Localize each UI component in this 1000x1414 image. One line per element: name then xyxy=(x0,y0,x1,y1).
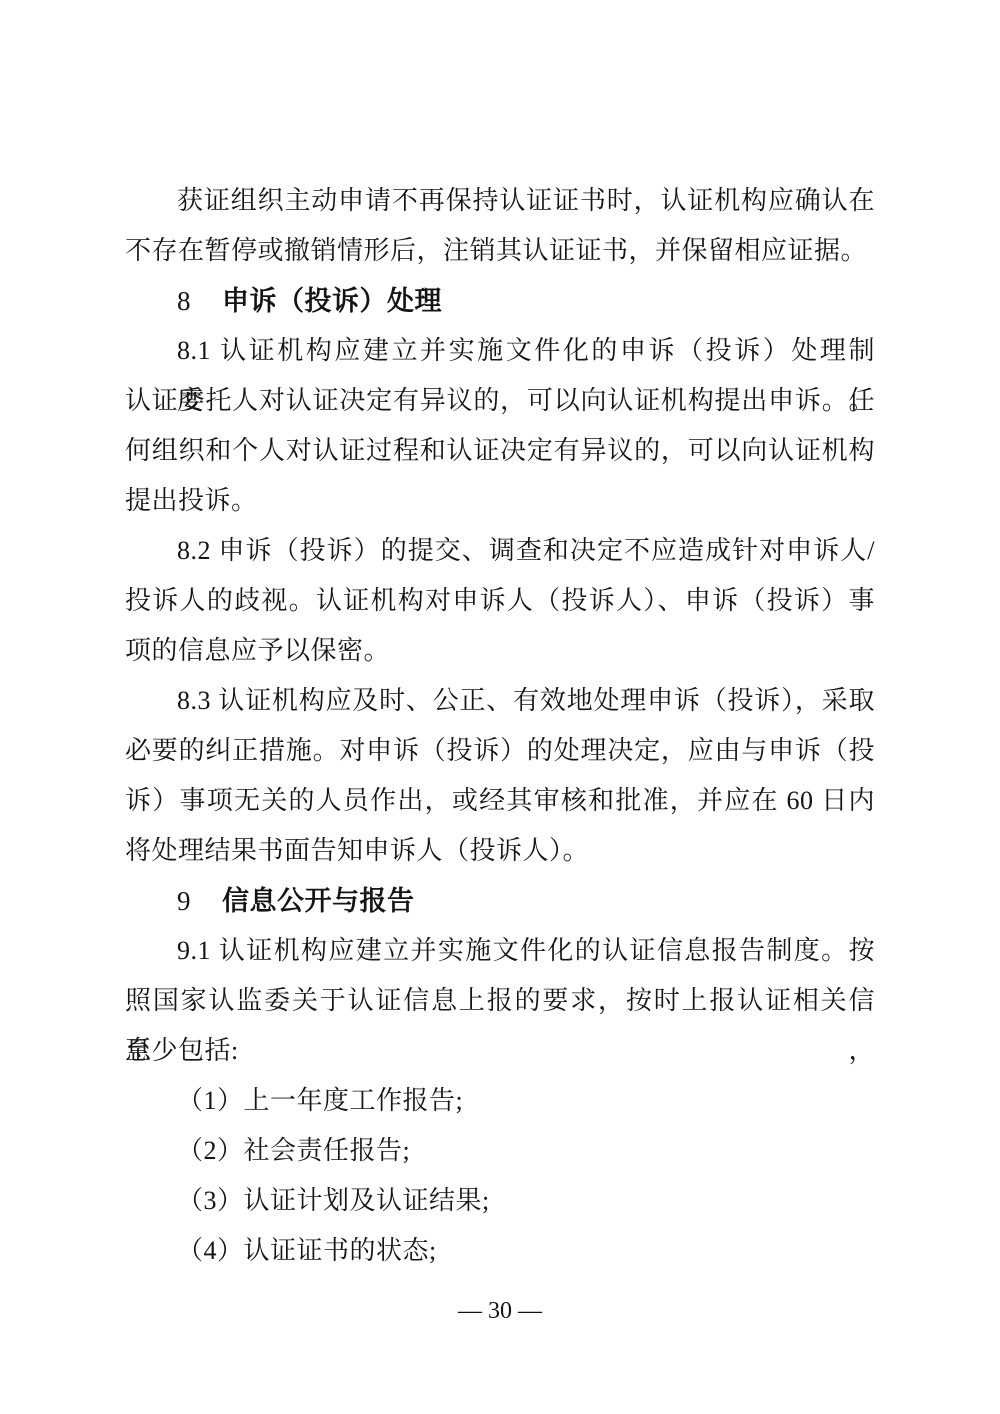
section-number: 8 xyxy=(177,286,191,316)
paragraph-line: 项的信息应予以保密。 xyxy=(125,626,875,676)
section-heading: 9信息公开与报告 xyxy=(125,876,875,926)
list-item: （1）上一年度工作报告; xyxy=(125,1076,875,1126)
paragraph-line: 提出投诉。 xyxy=(125,476,875,526)
section-number: 9 xyxy=(177,886,191,916)
paragraph-line: 何组织和个人对认证过程和认证决定有异议的，可以向认证机构 xyxy=(125,426,875,476)
document-body: 获证组织主动申请不再保持认证证书时，认证机构应确认在不存在暂停或撤销情形后，注销… xyxy=(125,176,875,1276)
paragraph-line: 认证委托人对认证决定有异议的，可以向认证机构提出申诉。任 xyxy=(125,376,875,426)
paragraph-line: 9.1 认证机构应建立并实施文件化的认证信息报告制度。按 xyxy=(125,926,875,976)
list-item: （2）社会责任报告; xyxy=(125,1126,875,1176)
section-title: 信息公开与报告 xyxy=(222,886,415,916)
paragraph-line: 不存在暂停或撤销情形后，注销其认证证书，并保留相应证据。 xyxy=(125,226,875,276)
document-page: 获证组织主动申请不再保持认证证书时，认证机构应确认在不存在暂停或撤销情形后，注销… xyxy=(0,0,1000,1414)
list-item: （4）认证证书的状态; xyxy=(125,1226,875,1276)
page-footer: — 30 — xyxy=(0,1296,1000,1326)
list-item: （3）认证计划及认证结果; xyxy=(125,1176,875,1226)
paragraph-line: 投诉人的歧视。认证机构对申诉人（投诉人）、申诉（投诉）事 xyxy=(125,576,875,626)
paragraph-line: 必要的纠正措施。对申诉（投诉）的处理决定，应由与申诉（投 xyxy=(125,726,875,776)
paragraph-line: 将处理结果书面告知申诉人（投诉人）。 xyxy=(125,826,875,876)
paragraph-line: 照国家认监委关于认证信息上报的要求，按时上报认证相关信息， xyxy=(125,976,875,1026)
section-title: 申诉（投诉）处理 xyxy=(222,286,442,316)
paragraph-line: 8.3 认证机构应及时、公正、有效地处理申诉（投诉），采取 xyxy=(125,676,875,726)
paragraph-line: 获证组织主动申请不再保持认证证书时，认证机构应确认在 xyxy=(125,176,875,226)
section-heading: 8申诉（投诉）处理 xyxy=(125,276,875,326)
paragraph-line: 8.1 认证机构应建立并实施文件化的申诉（投诉）处理制度。 xyxy=(125,326,875,376)
paragraph-line: 诉）事项无关的人员作出，或经其审核和批准，并应在 60 日内 xyxy=(125,776,875,826)
paragraph-line: 8.2 申诉（投诉）的提交、调查和决定不应造成针对申诉人/ xyxy=(125,526,875,576)
